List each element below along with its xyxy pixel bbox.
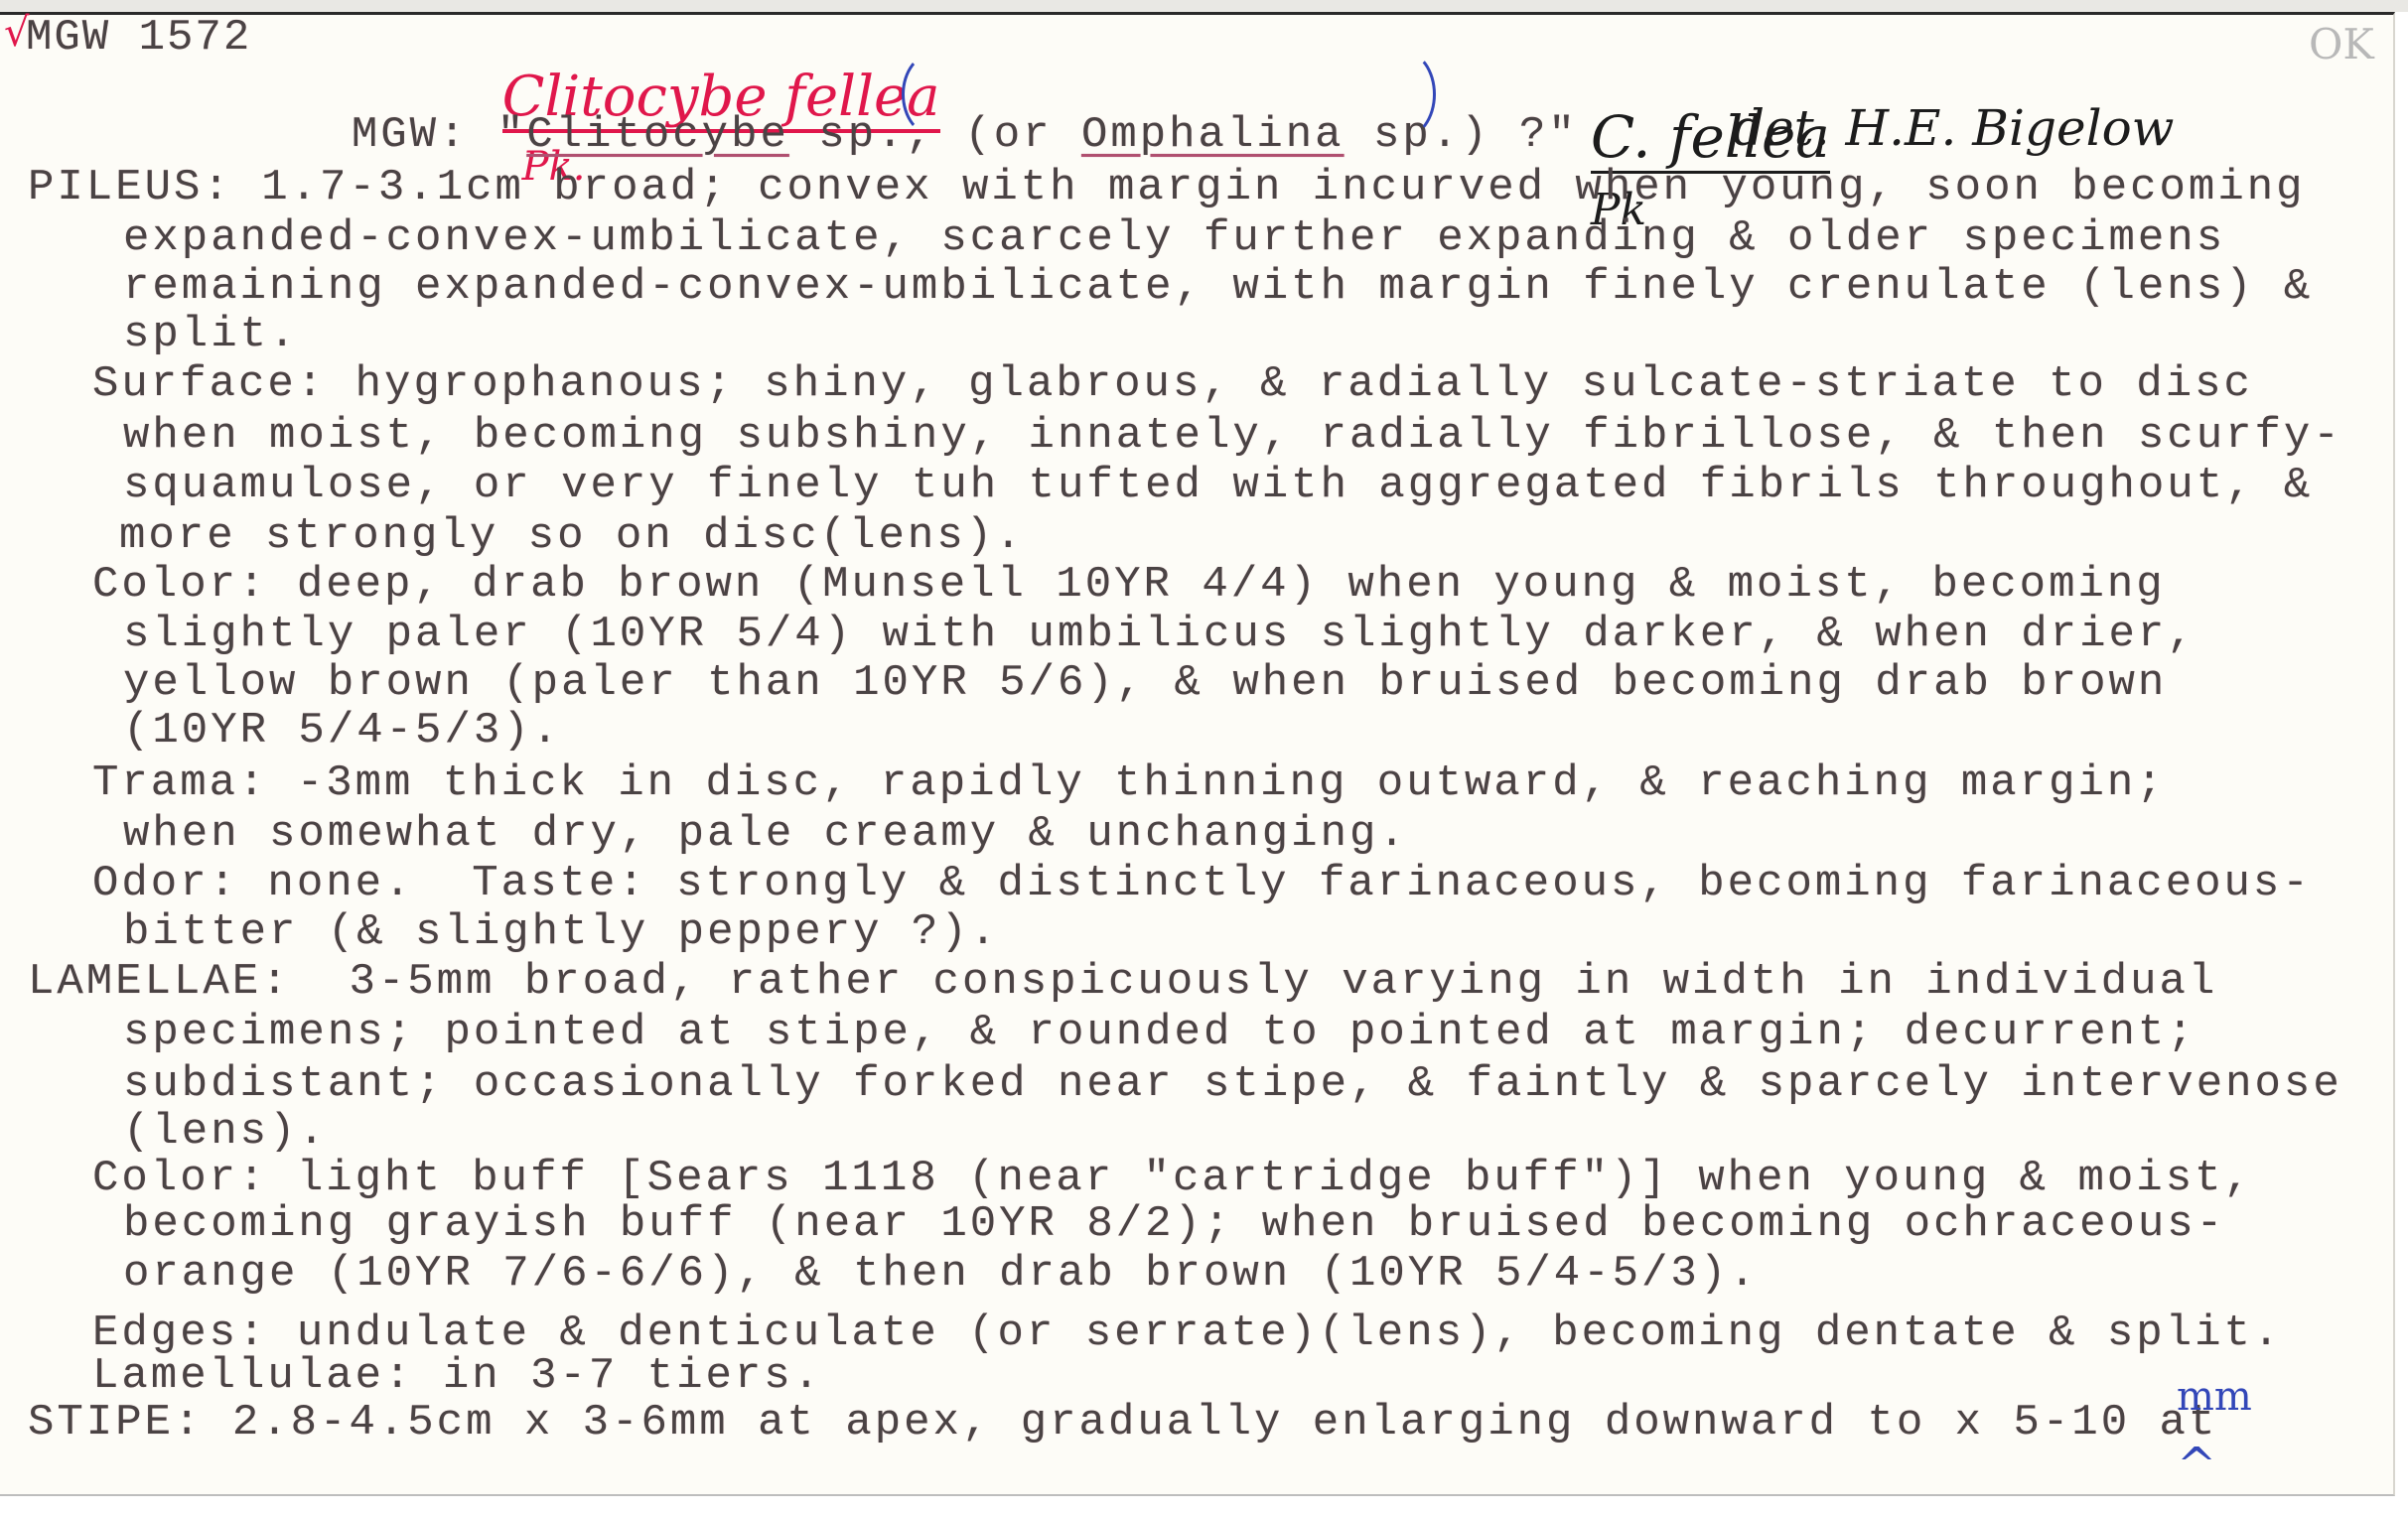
accession-number: MGW 1572: [26, 14, 251, 62]
handwritten-determiner: det. H.E. Bigelow: [1733, 99, 2174, 157]
pileus-line-3: remaining expanded-convex-umbilicate, wi…: [123, 263, 2313, 311]
blue-close-parenthesis: [1370, 50, 1436, 139]
blue-open-parenthesis: [902, 52, 967, 137]
lamellae-line-1: LAMELLAE: 3-5mm broad, rather conspicuou…: [28, 958, 2217, 1006]
lamellae-line-2: specimens; pointed at stipe, & rounded t…: [123, 1009, 2196, 1056]
pileus-color-line-4: (10YR 5/4-5/3).: [123, 707, 561, 755]
trama-line-2: when somewhat dry, pale creamy & unchang…: [123, 810, 1408, 858]
odor-taste-line-1: Odor: none. Taste: strongly & distinctly…: [92, 860, 2312, 907]
pileus-color-line-2: slightly paler (10YR 5/4) with umbilicus…: [123, 611, 2196, 658]
pileus-color-line-1: Color: deep, drab brown (Munsell 10YR 4/…: [92, 561, 2166, 609]
handwritten-ok: OK: [2309, 20, 2374, 69]
lamellae-line-3: subdistant; occasionally forked near sti…: [123, 1060, 2342, 1108]
odor-taste-line-2: bitter (& slightly peppery ?).: [123, 908, 999, 956]
handwritten-insert-caret: ^: [2177, 1438, 2216, 1493]
original-id-genus-2: Omphalina: [1081, 110, 1345, 160]
surface-line-3: squamulose, or very finely tuh tufted wi…: [123, 462, 2313, 509]
handwritten-stipe-unit: mm: [2177, 1374, 2252, 1420]
pileus-line-4: split.: [123, 311, 298, 358]
surface-line-4: more strongly so on disc(lens).: [119, 512, 1025, 560]
lamellae-color-line-2: becoming grayish buff (near 10YR 8/2); w…: [123, 1200, 2225, 1248]
original-id-genus-1: Clitocybe: [526, 110, 789, 160]
stipe-line: STIPE: 2.8-4.5cm x 3-6mm at apex, gradua…: [28, 1399, 2217, 1446]
pileus-line-2: expanded-convex-umbilicate, scarcely fur…: [123, 214, 2225, 262]
lamellae-color-line-3: orange (10YR 7/6-6/6), & then drab brown…: [123, 1250, 1759, 1298]
scan-top-edge: [0, 0, 2408, 12]
edges-line: Edges: undulate & denticulate (or serrat…: [92, 1309, 2282, 1357]
surface-line-2: when moist, becoming subshiny, innately,…: [123, 412, 2342, 460]
lamellulae-line: Lamellulae: in 3-7 tiers.: [92, 1352, 822, 1400]
pileus-color-line-3: yellow brown (paler than 10YR 5/6), & wh…: [123, 659, 2167, 707]
lamellae-color-line-1: Color: light buff [Sears 1118 (near "car…: [92, 1155, 2253, 1202]
original-id-prefix: MGW: ": [352, 110, 526, 160]
pileus-line-1: PILEUS: 1.7-3.1cm broad; convex with mar…: [28, 164, 2306, 211]
lamellae-line-4: (lens).: [123, 1108, 328, 1156]
trama-line-1: Trama: -3mm thick in disc, rapidly thinn…: [92, 759, 2166, 807]
surface-line-1: Surface: hygrophanous; shiny, glabrous, …: [92, 360, 2253, 408]
